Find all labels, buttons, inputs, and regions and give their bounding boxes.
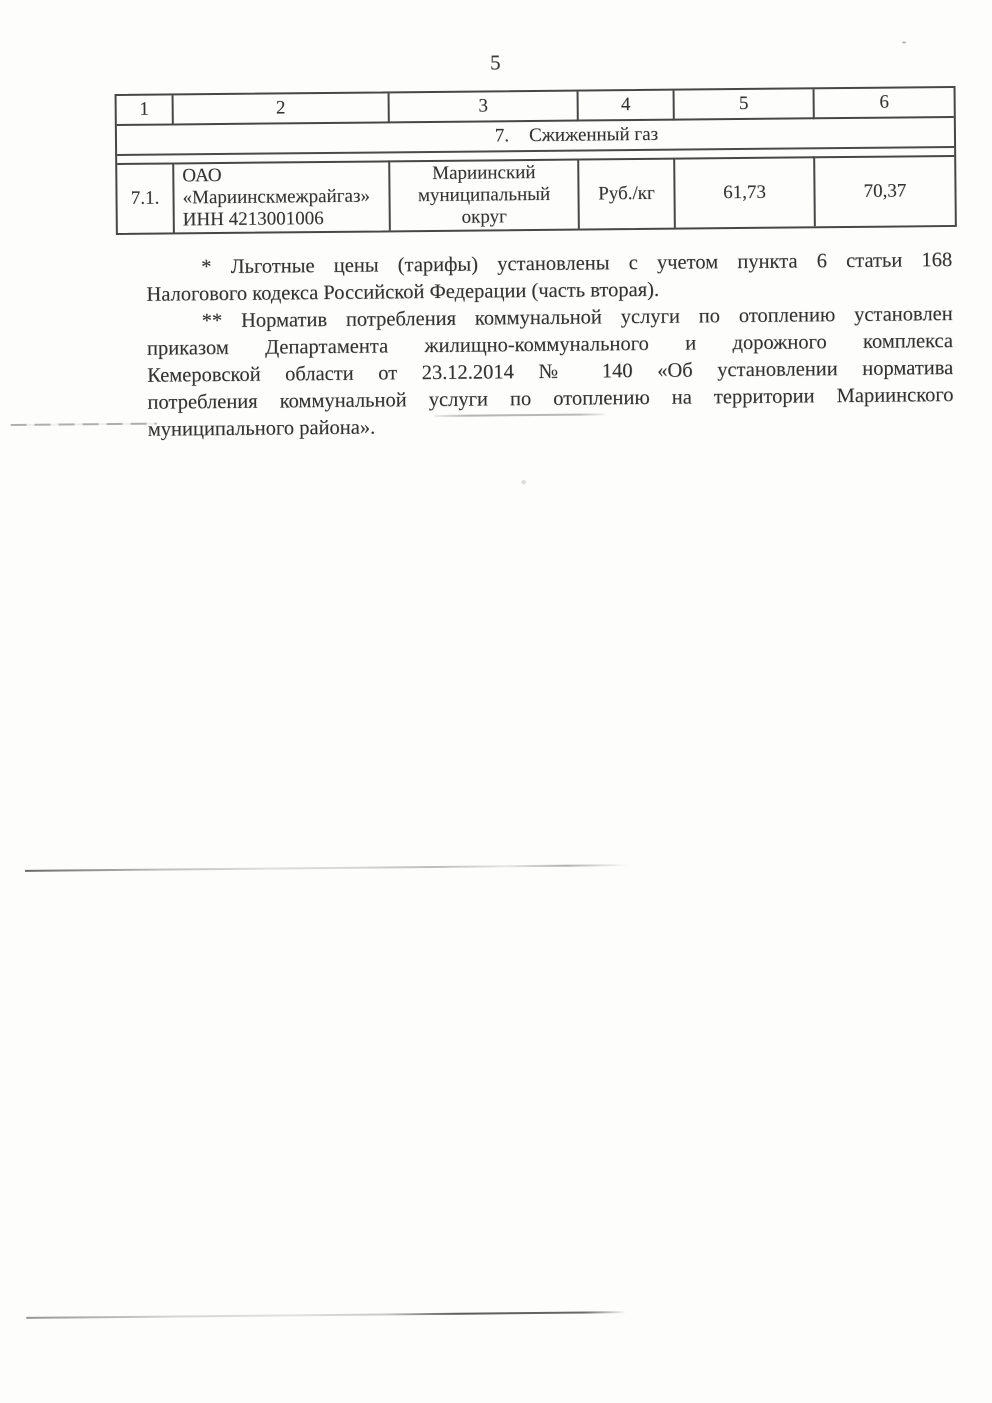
cell-value-col6: 70,37 xyxy=(815,155,955,226)
col-header-6: 6 xyxy=(815,88,954,119)
section-title: 7.Сжиженный газ xyxy=(118,121,953,151)
col-header-4: 4 xyxy=(579,91,675,122)
territory-line: муниципальный xyxy=(391,184,576,208)
document-sheet: 5 1 2 3 4 5 6 xyxy=(0,0,992,1403)
scan-streak-artifact xyxy=(11,423,157,426)
organization-line: ИНН 4213001006 xyxy=(183,207,388,231)
scan-speck-artifact xyxy=(521,480,526,484)
organization-line: «Мариинскмежрайгаз» xyxy=(182,185,387,209)
section-number: 7. xyxy=(495,125,509,146)
col-header-5: 5 xyxy=(675,89,815,120)
footnotes-block: * Льготные цены (тарифы) установлены с у… xyxy=(146,247,954,444)
col-header-1: 1 xyxy=(117,95,174,126)
section-name: Сжиженный газ xyxy=(529,124,658,146)
tariff-table: 1 2 3 4 5 6 7.Сжиженный газ xyxy=(115,86,957,235)
col-header-2: 2 xyxy=(174,93,390,125)
scan-streak-artifact xyxy=(25,864,627,872)
territory-line: округ xyxy=(392,206,577,230)
table-row: 7.1. ОАО «Мариинскмежрайгаз» ИНН 4213001… xyxy=(117,155,955,233)
cell-territory: Мариинский муниципальный округ xyxy=(390,159,580,231)
scan-streak-artifact xyxy=(26,1311,626,1319)
cell-row-number: 7.1. xyxy=(117,162,175,233)
cell-unit: Руб./кг xyxy=(579,158,676,229)
scan-speck-artifact xyxy=(902,41,906,43)
territory-line: Мариинский xyxy=(391,162,576,186)
col-header-3: 3 xyxy=(390,92,579,124)
cell-value-col5: 61,73 xyxy=(675,156,816,227)
organization-line: ОАО xyxy=(182,163,387,187)
cell-organization: ОАО «Мариинскмежрайгаз» ИНН 4213001006 xyxy=(174,160,391,232)
scanned-document-page: 5 1 2 3 4 5 6 xyxy=(0,0,992,1403)
page-number: 5 xyxy=(0,46,991,81)
